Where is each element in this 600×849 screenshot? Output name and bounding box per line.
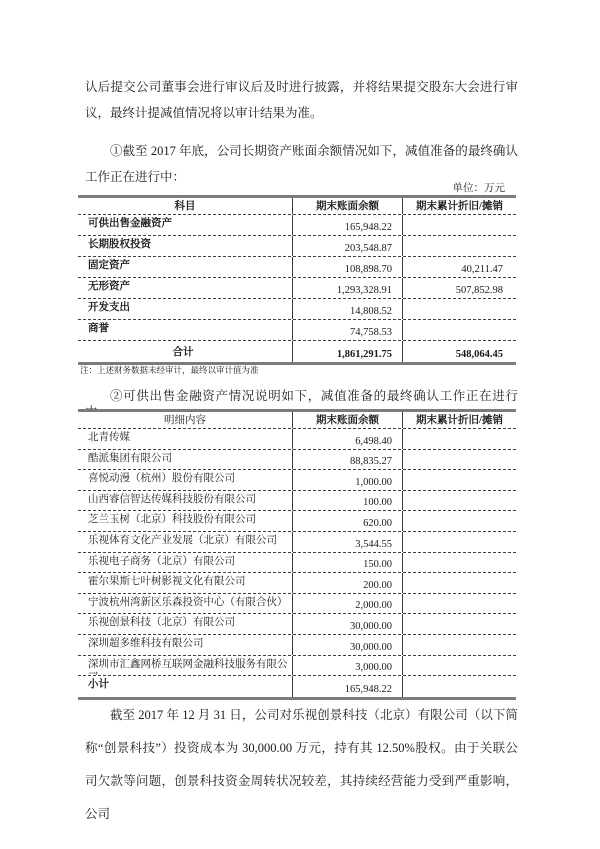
table-row: 喜悦动漫（杭州）股份有限公司 1,000.00 <box>78 470 516 491</box>
row-balance: 203,548.87 <box>292 236 403 256</box>
table-row: 芝兰玉树（北京）科技股份有限公司 620.00 <box>78 511 516 532</box>
row-label: 北青传媒 <box>78 429 292 449</box>
table-row: 酷派集团有限公司 88,835.27 <box>78 450 516 471</box>
row-depreciation <box>403 532 516 552</box>
table-row: 乐视电子商务（北京）有限公司 150.00 <box>78 553 516 574</box>
row-balance: 30,000.00 <box>292 614 403 634</box>
table-row: 山西睿信智达传媒科技股份有限公司 100.00 <box>78 491 516 512</box>
row-label: 乐视创景科技（北京）有限公司 <box>78 614 292 634</box>
row-label: 深圳超多维科技有限公司 <box>78 635 292 655</box>
table-row: 无形资产 1,293,328.91 507,852.98 <box>78 278 516 299</box>
unit-label: 单位：万元 <box>78 180 505 195</box>
row-depreciation <box>403 635 516 655</box>
long-term-assets-table: 科目 期末账面余额 期末累计折旧/摊销 可供出售金融资产 165,948.22 … <box>78 195 516 365</box>
subtotal-label: 小计 <box>78 676 292 697</box>
header-detail: 明细内容 <box>78 412 292 428</box>
row-balance: 74,758.53 <box>292 320 403 340</box>
subtotal-balance: 165,948.22 <box>292 676 403 697</box>
row-balance: 620.00 <box>292 511 403 531</box>
table-header-row: 明细内容 期末账面余额 期末累计折旧/摊销 <box>78 412 516 429</box>
row-label: 宁波杭州湾新区乐森投资中心（有限合伙） <box>78 594 292 614</box>
header-accumulated-depreciation: 期末累计折旧/摊销 <box>403 412 516 428</box>
row-depreciation <box>403 470 516 490</box>
subtotal-depreciation <box>403 676 516 697</box>
row-balance: 6,498.40 <box>292 429 403 449</box>
row-label: 长期股权投资 <box>78 236 292 256</box>
table-row: 宁波杭州湾新区乐森投资中心（有限合伙） 2,000.00 <box>78 594 516 615</box>
row-depreciation <box>403 553 516 573</box>
row-label: 喜悦动漫（杭州）股份有限公司 <box>78 470 292 490</box>
row-balance: 108,898.70 <box>292 257 403 277</box>
row-balance: 30,000.00 <box>292 635 403 655</box>
header-ending-balance: 期末账面余额 <box>292 198 403 214</box>
row-depreciation <box>403 573 516 593</box>
row-label: 无形资产 <box>78 278 292 298</box>
table-subtotal-row: 小计 165,948.22 <box>78 676 516 697</box>
total-balance: 1,861,291.75 <box>292 341 403 362</box>
row-balance: 1,000.00 <box>292 470 403 490</box>
row-label: 乐视电子商务（北京）有限公司 <box>78 553 292 573</box>
table-total-row: 合计 1,861,291.75 548,064.45 <box>78 341 516 362</box>
table-row: 乐视创景科技（北京）有限公司 30,000.00 <box>78 614 516 635</box>
row-label: 商誉 <box>78 320 292 340</box>
afs-financial-assets-table: 明细内容 期末账面余额 期末累计折旧/摊销 北青传媒 6,498.40 酷派集团… <box>78 409 516 700</box>
row-label: 深圳市汇鑫网桥互联网金融科技服务有限公司 <box>78 656 292 676</box>
table-row: 北青传媒 6,498.40 <box>78 429 516 450</box>
row-depreciation: 40,211.47 <box>403 257 516 277</box>
row-depreciation <box>403 450 516 470</box>
row-label: 开发支出 <box>78 299 292 319</box>
row-depreciation: 507,852.98 <box>403 278 516 298</box>
row-depreciation <box>403 236 516 256</box>
table-footnote: 注：上述财务数据未经审计，最终以审计值为准 <box>80 365 500 376</box>
table-row: 开发支出 14,808.52 <box>78 299 516 320</box>
row-depreciation <box>403 594 516 614</box>
header-accumulated-depreciation: 期末累计折旧/摊销 <box>403 198 516 214</box>
row-balance: 14,808.52 <box>292 299 403 319</box>
row-balance: 2,000.00 <box>292 594 403 614</box>
row-label: 芝兰玉树（北京）科技股份有限公司 <box>78 511 292 531</box>
row-balance: 200.00 <box>292 573 403 593</box>
row-balance: 165,948.22 <box>292 215 403 235</box>
row-label: 乐视体育文化产业发展（北京）有限公司 <box>78 532 292 552</box>
document-page: 认后提交公司董事会进行审议后及时进行披露，并将结果提交股东大会进行审议，最终计提… <box>0 0 600 849</box>
row-depreciation <box>403 215 516 235</box>
row-balance: 100.00 <box>292 491 403 511</box>
row-balance: 1,293,328.91 <box>292 278 403 298</box>
table-row: 霍尔果斯七叶树影视文化有限公司 200.00 <box>78 573 516 594</box>
row-label: 山西睿信智达传媒科技股份有限公司 <box>78 491 292 511</box>
row-balance: 3,544.55 <box>292 532 403 552</box>
row-depreciation <box>403 614 516 634</box>
table-header-row: 科目 期末账面余额 期末累计折旧/摊销 <box>78 198 516 215</box>
table-row: 固定资产 108,898.70 40,211.47 <box>78 257 516 278</box>
total-label: 合计 <box>78 341 292 362</box>
table-row: 可供出售金融资产 165,948.22 <box>78 215 516 236</box>
row-depreciation <box>403 299 516 319</box>
paragraph-bottom: 截至 2017 年 12 月 31 日，公司对乐视创景科技（北京）有限公司（以下… <box>85 699 518 831</box>
row-depreciation <box>403 656 516 676</box>
table-row: 深圳超多维科技有限公司 30,000.00 <box>78 635 516 656</box>
row-balance: 3,000.00 <box>292 656 403 676</box>
header-ending-balance: 期末账面余额 <box>292 412 403 428</box>
header-subject: 科目 <box>78 198 292 214</box>
row-label: 酷派集团有限公司 <box>78 450 292 470</box>
paragraph-continuation: 认后提交公司董事会进行审议后及时进行披露，并将结果提交股东大会进行审议，最终计提… <box>85 74 518 126</box>
row-label: 霍尔果斯七叶树影视文化有限公司 <box>78 573 292 593</box>
table-row: 深圳市汇鑫网桥互联网金融科技服务有限公司 3,000.00 <box>78 656 516 677</box>
table-row: 乐视体育文化产业发展（北京）有限公司 3,544.55 <box>78 532 516 553</box>
row-depreciation <box>403 491 516 511</box>
total-depreciation: 548,064.45 <box>403 341 516 362</box>
table-row: 商誉 74,758.53 <box>78 320 516 341</box>
row-label: 固定资产 <box>78 257 292 277</box>
row-depreciation <box>403 320 516 340</box>
row-depreciation <box>403 429 516 449</box>
row-balance: 88,835.27 <box>292 450 403 470</box>
row-label: 可供出售金融资产 <box>78 215 292 235</box>
row-balance: 150.00 <box>292 553 403 573</box>
row-depreciation <box>403 511 516 531</box>
table-row: 长期股权投资 203,548.87 <box>78 236 516 257</box>
